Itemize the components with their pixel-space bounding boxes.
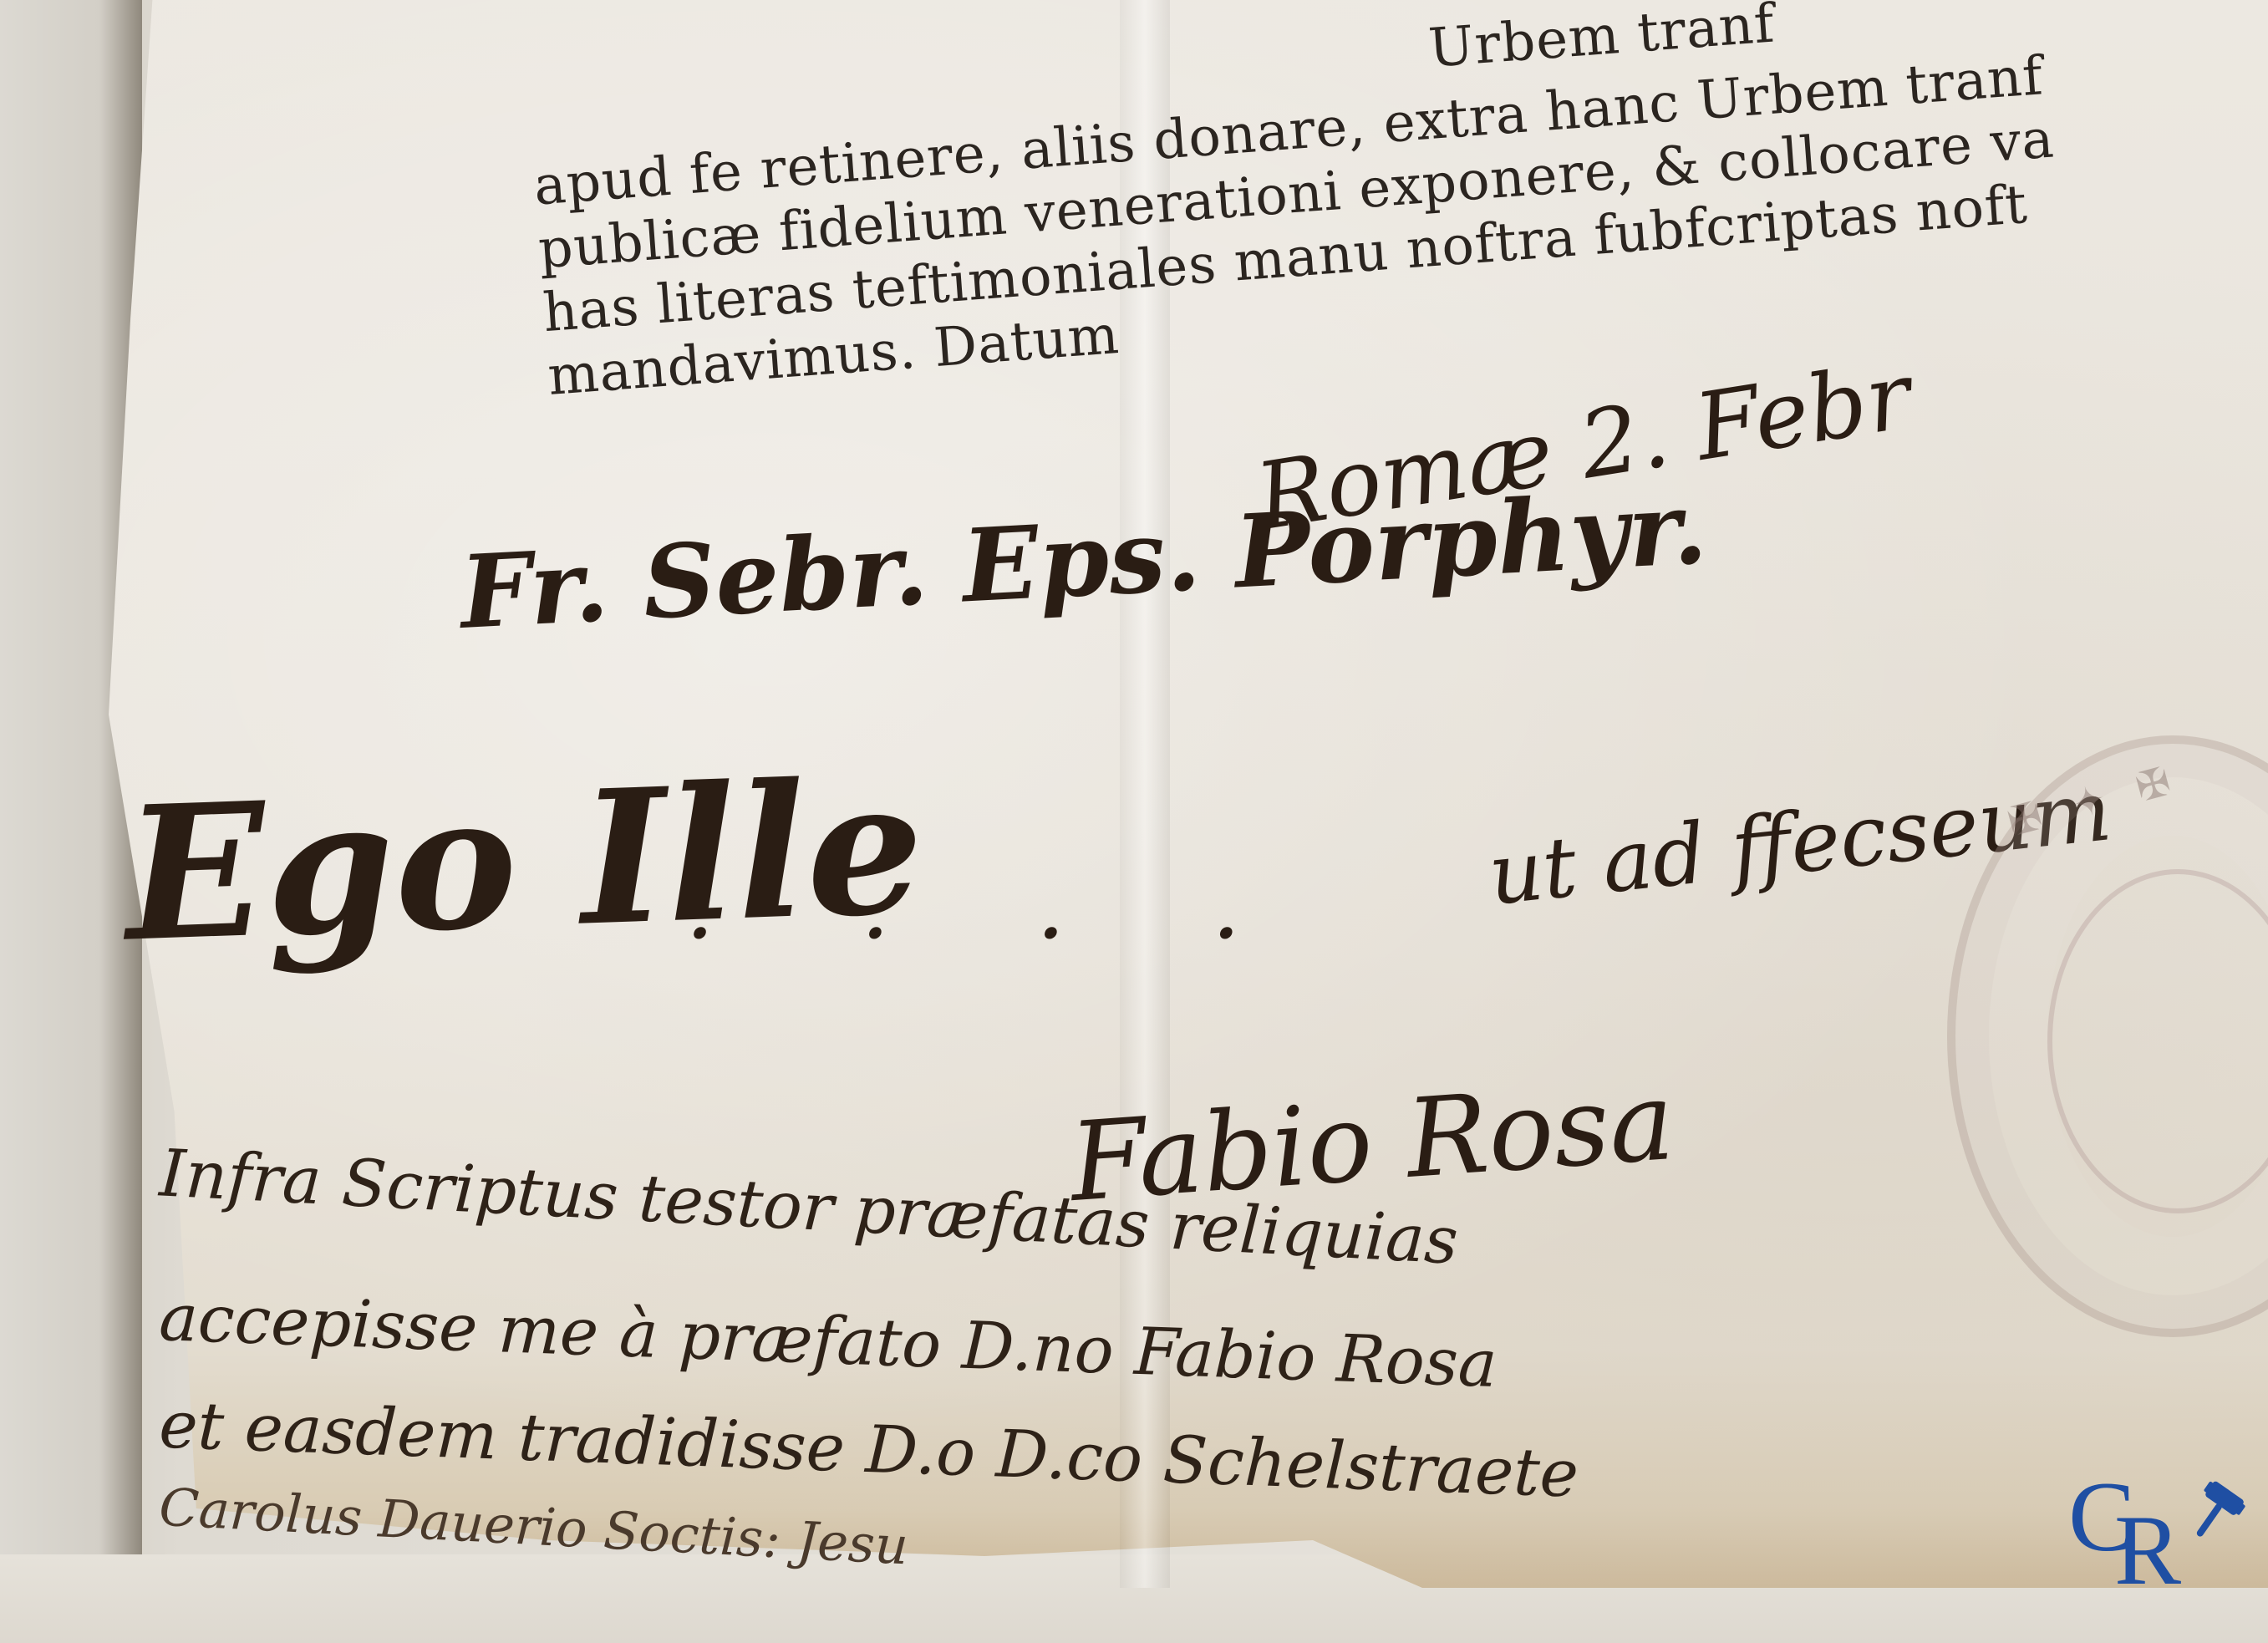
brand-logo: C R <box>2068 1467 2252 1592</box>
gavel-icon <box>2181 1479 2248 1546</box>
handwritten-dots: . . . . <box>685 852 1299 959</box>
logo-letter-r: R <box>2114 1500 2181 1600</box>
seal-inner-ring <box>2047 869 2268 1213</box>
background-wall <box>0 0 142 1643</box>
